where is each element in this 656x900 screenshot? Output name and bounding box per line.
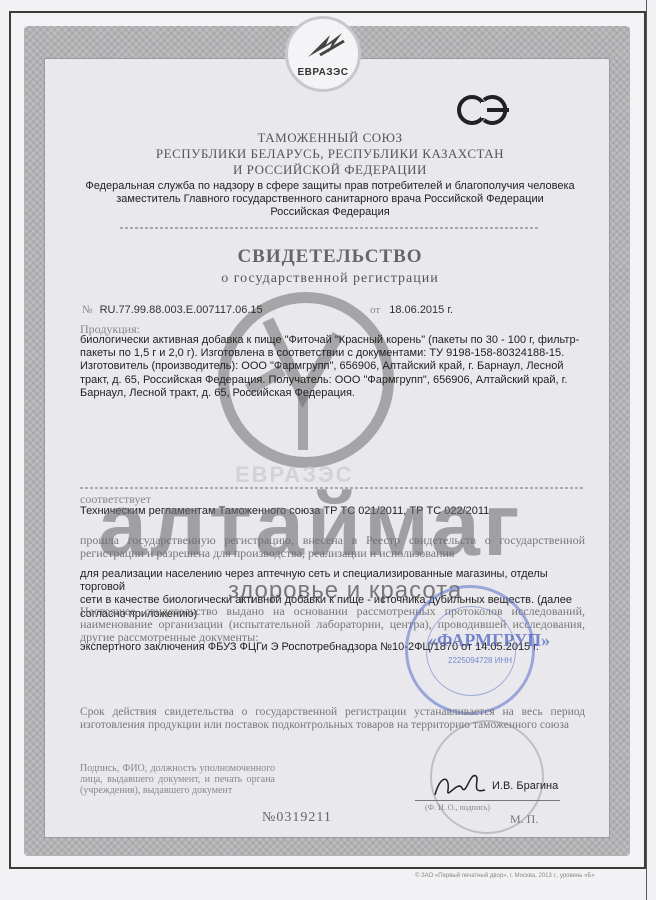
registration-number: RU.77.99.88.003.Е.007117.06.15 bbox=[100, 304, 263, 316]
logo-text: ЕВРАЗЭС bbox=[288, 67, 358, 78]
signature-hint: (Ф. И. О., подпись) bbox=[425, 803, 490, 812]
signature-icon bbox=[430, 770, 490, 802]
signature-line bbox=[415, 800, 560, 801]
watermark-brand: алтаймаг bbox=[98, 480, 523, 570]
bird-emblem-icon bbox=[306, 31, 346, 61]
printer-note: © ЗАО «Первый печатный двор», г. Москва,… bbox=[415, 873, 595, 879]
date-label: от bbox=[370, 304, 380, 316]
certificate-subtitle: о государственной регистрации bbox=[60, 271, 600, 287]
number-label: № bbox=[82, 304, 93, 316]
agency-line2: заместитель Главного государственного са… bbox=[60, 193, 600, 206]
union-title-line1: ТАМОЖЕННЫЙ СОЮЗ bbox=[60, 130, 600, 146]
registration-date-row: от 18.06.2015 г. bbox=[370, 304, 453, 316]
registration-number-row: № RU.77.99.88.003.Е.007117.06.15 bbox=[82, 304, 263, 316]
product-line: Барнаул, Лесной тракт, д. 65, Российская… bbox=[80, 387, 585, 400]
product-description: биологически активная добавка к пище "Фи… bbox=[80, 334, 585, 400]
stamp-inn: 2225094728 ИНН bbox=[448, 656, 512, 665]
stamp-company-name: «ФАРМГРУП» bbox=[428, 630, 550, 651]
seal-place-mark: М. П. bbox=[510, 812, 538, 827]
union-title-line2: РЕСПУБЛИКИ БЕЛАРУСЬ, РЕСПУБЛИКИ КАЗАХСТА… bbox=[60, 146, 600, 162]
form-number: №0319211 bbox=[262, 810, 332, 826]
certificate-title: СВИДЕТЕЛЬСТВО bbox=[60, 246, 600, 268]
company-stamp: «ФАРМГРУП» 2225094728 ИНН bbox=[405, 585, 535, 715]
union-title-line3: И РОССИЙСКОЙ ФЕДЕРАЦИИ bbox=[60, 162, 600, 178]
page-edge-line bbox=[646, 0, 647, 900]
signature-label: Подпись, ФИО, должность уполномоченного … bbox=[80, 763, 275, 796]
product-line: тракт, д. 65, Российская Федерация. Полу… bbox=[80, 374, 585, 387]
agency-line3: Российская Федерация bbox=[60, 206, 600, 219]
conformity-mark-icon bbox=[454, 92, 514, 128]
microtext-line bbox=[120, 227, 540, 229]
product-line: Изготовитель (производитель): ООО "Фармг… bbox=[80, 360, 585, 373]
signer-name: И.В. Брагина bbox=[492, 780, 558, 792]
product-line: пакеты по 1,5 г и 2,0 г). Изготовлена в … bbox=[80, 347, 585, 360]
product-line: биологически активная добавка к пище "Фи… bbox=[80, 334, 585, 347]
eurasec-logo: ЕВРАЗЭС bbox=[285, 16, 361, 92]
agency-line1: Федеральная служба по надзору в сфере за… bbox=[60, 180, 600, 193]
stamp-inner-ring bbox=[426, 606, 516, 696]
registration-date: 18.06.2015 г. bbox=[389, 304, 453, 316]
